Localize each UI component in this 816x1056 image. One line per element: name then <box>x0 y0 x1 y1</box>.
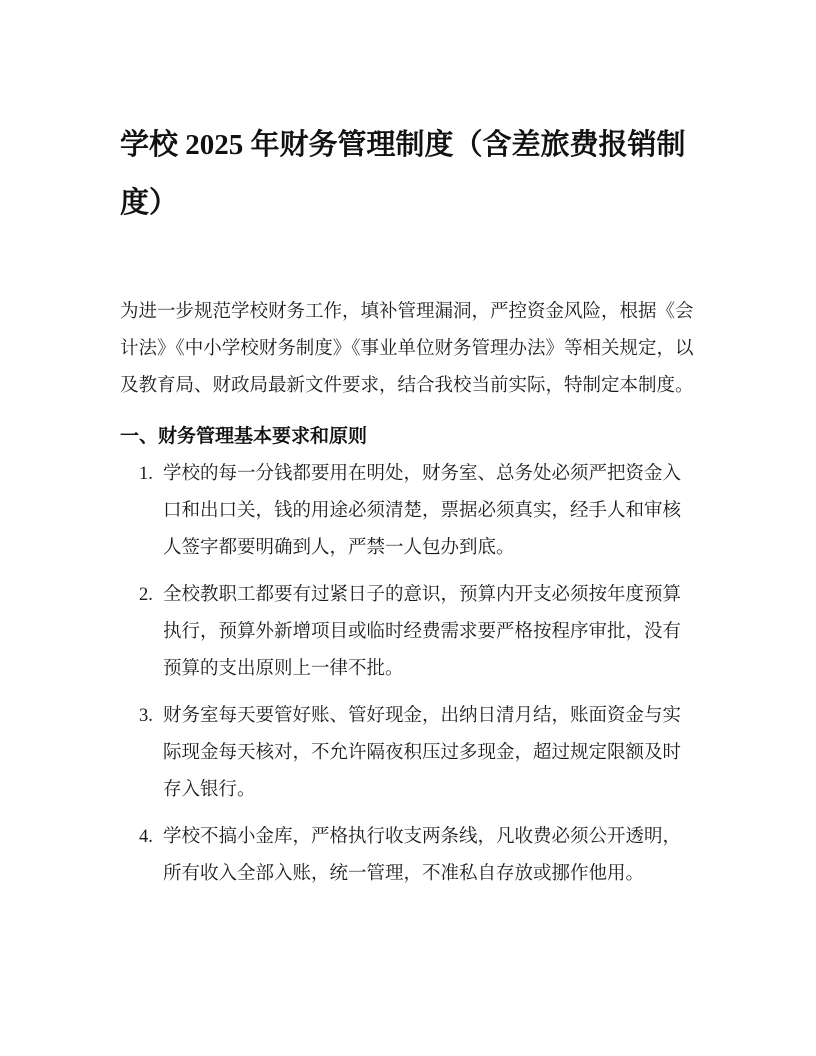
list-item-number: 1. <box>139 456 153 493</box>
numbered-list: 1. 学校的每一分钱都要用在明处，财务室、总务处必须严把资金入口和出口关，钱的用… <box>120 456 697 893</box>
section-heading: 一、财务管理基本要求和原则 <box>120 422 697 452</box>
document-title: 学校 2025 年财务管理制度（含差旅费报销制度） <box>120 116 697 232</box>
list-item: 1. 学校的每一分钱都要用在明处，财务室、总务处必须严把资金入口和出口关，钱的用… <box>120 456 697 567</box>
intro-paragraph: 为进一步规范学校财务工作，填补管理漏洞，严控资金风险，根据《会计法》《中小学校财… <box>120 294 697 405</box>
list-item: 3. 财务室每天要管好账、管好现金，出纳日清月结，账面资金与实际现金每天核对，不… <box>120 698 697 809</box>
list-item-text: 财务室每天要管好账、管好现金，出纳日清月结，账面资金与实际现金每天核对，不允许隔… <box>163 706 681 800</box>
list-item-number: 2. <box>139 577 153 614</box>
list-item-number: 4. <box>139 819 153 856</box>
document-content: 学校 2025 年财务管理制度（含差旅费报销制度） 为进一步规范学校财务工作，填… <box>0 0 816 1056</box>
list-item-text: 学校不搞小金库，严格执行收支两条线，凡收费必须公开透明，所有收入全部入账，统一管… <box>163 827 681 884</box>
list-item-text: 学校的每一分钱都要用在明处，财务室、总务处必须严把资金入口和出口关，钱的用途必须… <box>163 464 681 558</box>
list-item: 2. 全校教职工都要有过紧日子的意识，预算内开支必须按年度预算执行，预算外新增项… <box>120 577 697 688</box>
list-item-text: 全校教职工都要有过紧日子的意识，预算内开支必须按年度预算执行，预算外新增项目或临… <box>163 585 681 679</box>
document-page: 学校 2025 年财务管理制度（含差旅费报销制度） 为进一步规范学校财务工作，填… <box>0 0 816 1056</box>
list-item-number: 3. <box>139 698 153 735</box>
list-item: 4. 学校不搞小金库，严格执行收支两条线，凡收费必须公开透明，所有收入全部入账，… <box>120 819 697 893</box>
